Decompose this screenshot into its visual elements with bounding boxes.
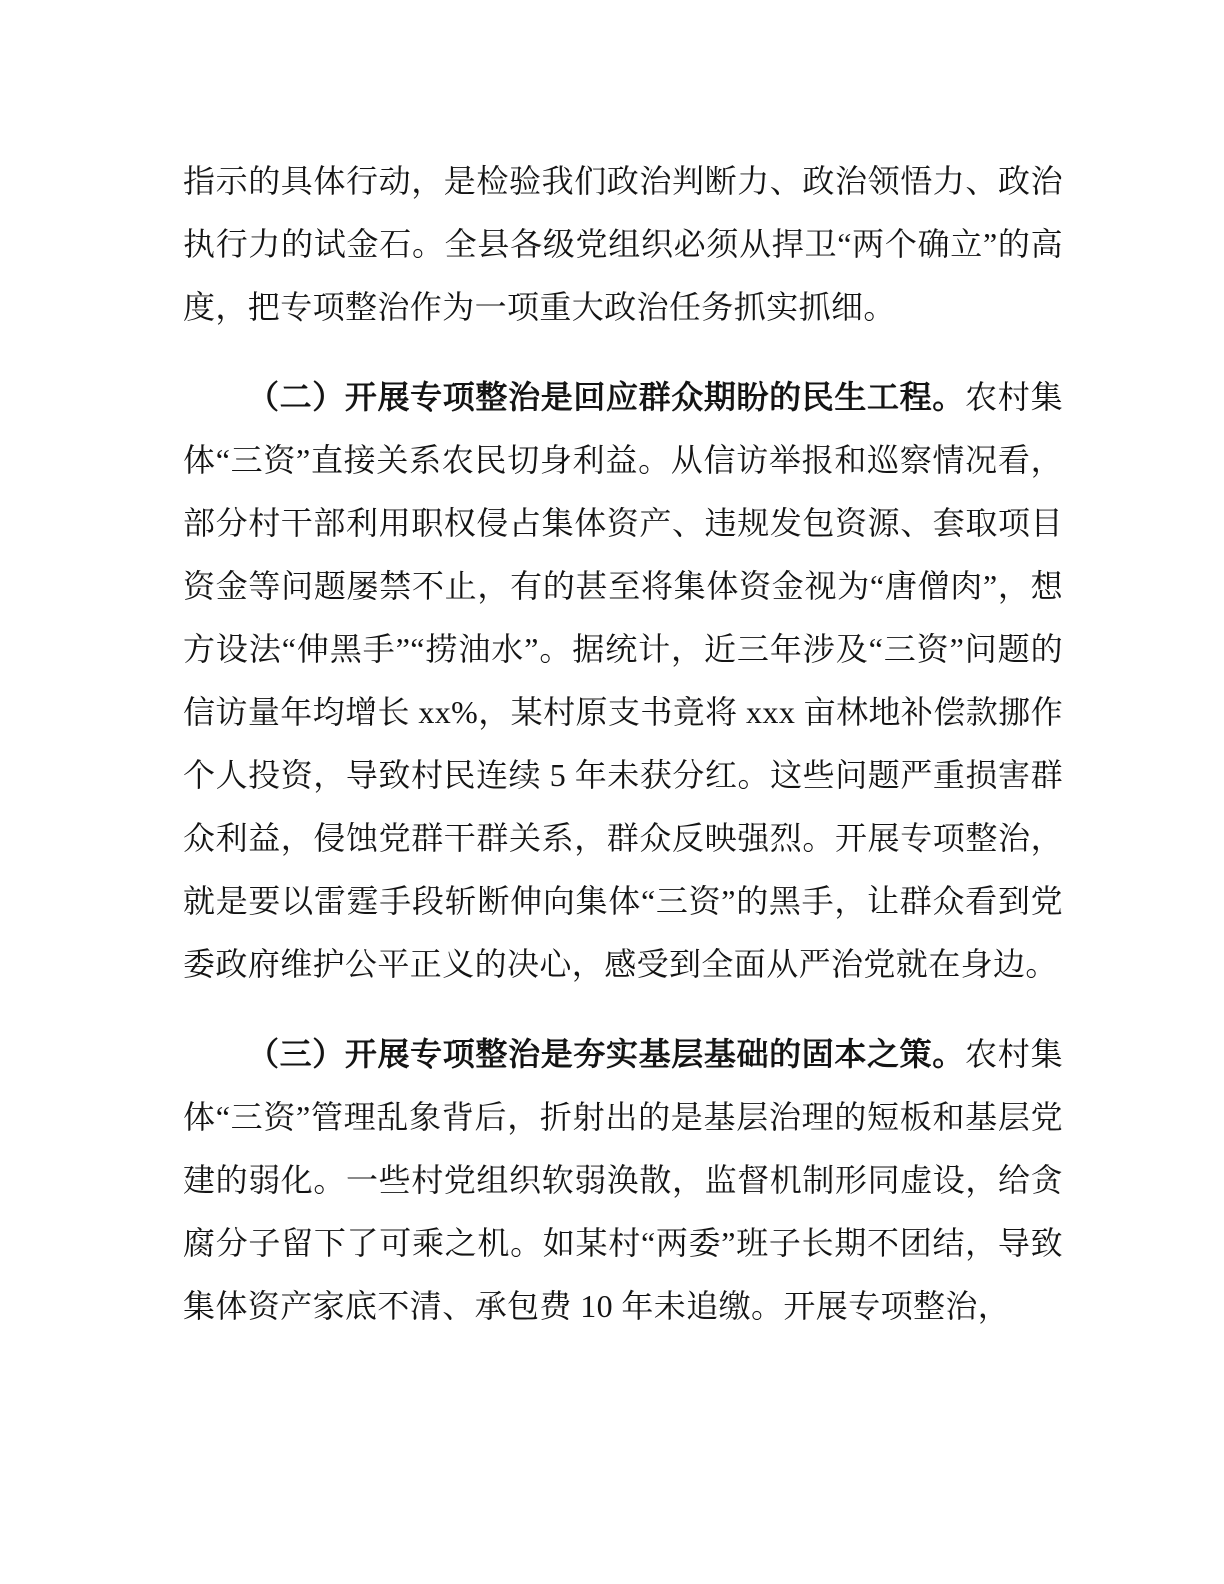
paragraph-body-text: 指示的具体行动，是检验我们政治判断力、政治领悟力、政治执行力的试金石。全县各级党… [183, 163, 1063, 325]
paragraph-section-3: （三）开展专项整治是夯实基层基础的固本之策。农村集体“三资”管理乱象背后，折射出… [183, 1023, 1063, 1338]
paragraph-body-text: 农村集体“三资”直接关系农民切身利益。从信访举报和巡察情况看，部分村干部利用职权… [183, 379, 1063, 982]
paragraph-body-text: 农村集体“三资”管理乱象背后，折射出的是基层治理的短板和基层党建的弱化。一些村党… [183, 1036, 1063, 1324]
document-body: 指示的具体行动，是检验我们政治判断力、政治领悟力、政治执行力的试金石。全县各级党… [183, 150, 1063, 1365]
document-page: 指示的具体行动，是检验我们政治判断力、政治领悟力、政治执行力的试金石。全县各级党… [0, 0, 1224, 1584]
paragraph-continuation: 指示的具体行动，是检验我们政治判断力、政治领悟力、政治执行力的试金石。全县各级党… [183, 150, 1063, 339]
paragraph-heading-text: （二）开展专项整治是回应群众期盼的民生工程。 [247, 379, 965, 415]
paragraph-heading-text: （三）开展专项整治是夯实基层基础的固本之策。 [247, 1036, 965, 1072]
paragraph-section-2: （二）开展专项整治是回应群众期盼的民生工程。农村集体“三资”直接关系农民切身利益… [183, 366, 1063, 996]
